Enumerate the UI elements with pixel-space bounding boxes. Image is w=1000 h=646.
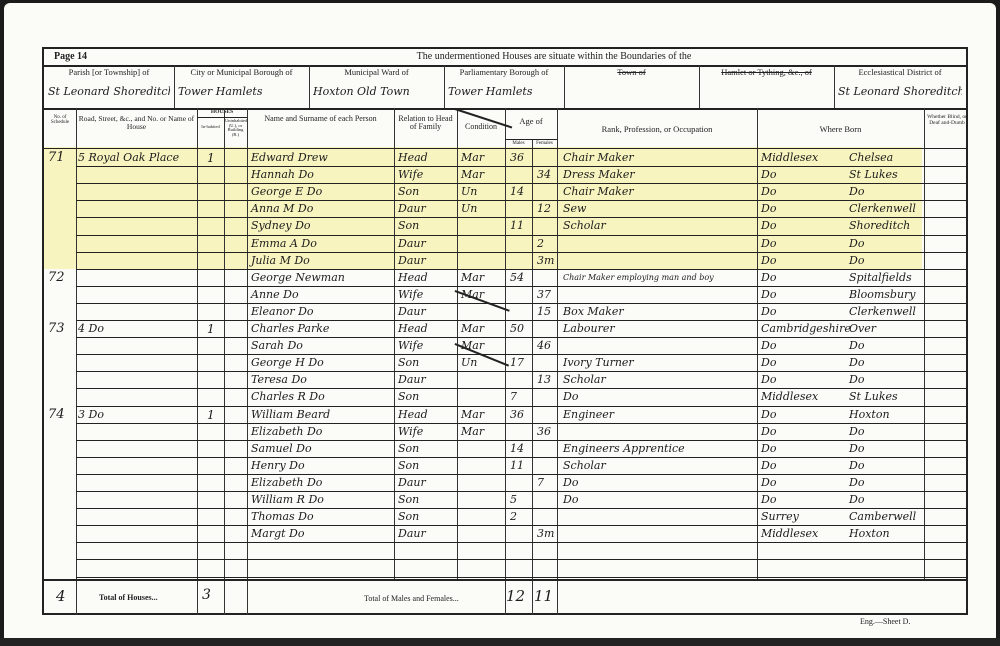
page-banner: The undermentioned Houses are situate wi… [344,52,764,63]
birth-county: Do [761,338,776,354]
female-age: 46 [537,338,551,354]
relation-to-head: Wife [398,338,423,354]
boundary-label: City or Municipal Borough of [176,68,307,77]
birth-place: Bloomsbury [849,287,916,303]
table-row: Charles R DoSon7DoMiddlesexSt Lukes [44,389,966,406]
female-age: 37 [537,287,551,303]
occupation: Scholar [563,372,606,388]
house-address: 5 Royal Oak Place [78,150,179,166]
total-females: 11 [534,587,553,605]
relation-to-head: Wife [398,424,423,440]
occupation: Do [563,389,578,405]
birth-place: St Lukes [849,167,898,183]
occupation: Chair Maker [563,150,634,166]
relation-to-head: Daur [398,201,426,217]
relation-to-head: Daur [398,304,426,320]
boundary-value: Tower Hamlets [178,85,305,98]
header-occupation: Rank, Profession, or Occupation [558,125,756,134]
female-age: 12 [537,201,551,217]
birth-county: Do [761,458,776,474]
relation-to-head: Son [398,184,419,200]
header-houses: HOUSES [197,110,247,116]
birth-county: Do [761,424,776,440]
male-age: 14 [510,184,524,200]
birth-place: Over [849,321,876,337]
birth-place: Do [849,424,864,440]
relation-to-head: Daur [398,475,426,491]
person-name: William R Do [251,492,324,508]
person-name: William Beard [251,407,330,423]
birth-county: Do [761,355,776,371]
occupation: Do [563,492,578,508]
person-name: Samuel Do [251,441,312,457]
birth-place: Do [849,253,864,269]
table-row [44,560,966,577]
total-males: 12 [506,587,525,605]
inhabited-count: 1 [207,150,215,166]
birth-place: Do [849,492,864,508]
occupation: Dress Maker [563,167,635,183]
male-age: 36 [510,150,524,166]
birth-county: Do [761,201,776,217]
birth-place: Do [849,355,864,371]
male-age: 54 [510,270,524,286]
person-name: Julia M Do [251,253,310,269]
boundary-label: Parish [or Township] of [46,68,172,77]
female-age: 2 [537,236,544,252]
birth-place: Spitalfields [849,270,912,286]
header-road: Road, Street, &c., and No. or Name of Ho… [77,115,196,131]
female-age: 15 [537,304,551,320]
birth-county: Do [761,372,776,388]
table-row: Thomas DoSon2SurreyCamberwell [44,509,966,526]
boundary-value: Tower Hamlets [448,85,560,98]
total-houses-label: Total of Houses... [99,594,158,602]
male-age: 11 [510,458,524,474]
birth-county: Do [761,304,776,320]
schedule-number: 73 [48,321,65,337]
header-males: Males [505,141,532,146]
table-row: William R DoSon5DoDoDo [44,492,966,509]
birth-county: Do [761,270,776,286]
total-houses-inhabited: 3 [202,587,211,603]
male-age: 2 [510,509,517,525]
table-row: 72George NewmanHeadMar54Chair Maker empl… [44,270,966,287]
occupation: Chair Maker [563,184,634,200]
person-name: Elizabeth Do [251,424,322,440]
relation-to-head: Son [398,458,419,474]
birth-place: Camberwell [849,509,916,525]
person-name: Sydney Do [251,218,311,234]
birth-county: Do [761,167,776,183]
sheet-footer-mark: Eng.—Sheet D. [860,618,910,626]
occupation: Engineers Apprentice [563,441,685,457]
marital-condition: Un [461,184,477,200]
occupation: Ivory Turner [563,355,634,371]
table-row: Henry DoSon11ScholarDoDo [44,458,966,475]
boundary-value: St Leonard Shoreditch [48,85,170,98]
page-number: Page 14 [54,52,87,63]
person-name: Thomas Do [251,509,314,525]
relation-to-head: Head [398,321,428,337]
birth-county: Middlesex [761,526,818,542]
person-name: Edward Drew [251,150,328,166]
female-age: 13 [537,372,551,388]
schedule-number: 71 [48,150,65,166]
person-name: George E Do [251,184,322,200]
table-row: 743 Do1William BeardHeadMar36EngineerDoH… [44,407,966,424]
table-row: Anne DoWifeMar37DoBloomsbury [44,287,966,304]
birth-county: Do [761,492,776,508]
marital-condition: Mar [461,321,484,337]
female-age: 34 [537,167,551,183]
table-row: Sarah DoWifeMar46DoDo [44,338,966,355]
male-age: 36 [510,407,524,423]
female-age: 3m [537,253,554,269]
birth-place: Clerkenwell [849,304,916,320]
page-bottom-edge [0,638,1000,646]
header-blind: Whether Blind, or Deaf and-Dumb [925,115,969,127]
female-age: 36 [537,424,551,440]
birth-county: Do [761,287,776,303]
census-form: Page 14 The undermentioned Houses are si… [42,47,968,615]
female-age: 7 [537,475,544,491]
person-name: Anne Do [251,287,299,303]
occupation: Sew [563,201,586,217]
person-name: Margt Do [251,526,304,542]
inhabited-count: 1 [207,407,215,423]
birth-county: Surrey [761,509,799,525]
person-name: Anna M Do [251,201,313,217]
birth-place: Do [849,458,864,474]
person-name: Emma A Do [251,236,317,252]
marital-condition: Mar [461,407,484,423]
relation-to-head: Son [398,218,419,234]
table-row: Anna M DoDaurUn12SewDoClerkenwell [44,201,966,218]
header-inhabited: In-habited [198,125,223,130]
header-females: Females [532,141,557,146]
birth-county: Do [761,475,776,491]
marital-condition: Mar [461,150,484,166]
person-name: Eleanor Do [251,304,314,320]
birth-place: Do [849,236,864,252]
birth-county: Do [761,441,776,457]
relation-to-head: Head [398,150,428,166]
relation-to-head: Son [398,355,419,371]
table-row: Teresa DoDaur13ScholarDoDo [44,372,966,389]
relation-to-head: Daur [398,526,426,542]
marital-condition: Un [461,201,477,217]
table-row: Margt DoDaur3mMiddlesexHoxton [44,526,966,543]
birth-place: Shoreditch [849,218,910,234]
male-age: 11 [510,218,524,234]
occupation: Scholar [563,218,606,234]
birth-place: Do [849,372,864,388]
male-age: 17 [510,355,524,371]
boundary-label: Hamlet or Tything, &c., of [701,68,832,77]
occupation: Scholar [563,458,606,474]
person-name: Teresa Do [251,372,307,388]
table-row: Elizabeth DoDaur7DoDoDo [44,475,966,492]
table-row: 734 Do1Charles ParkeHeadMar50LabourerCam… [44,321,966,338]
table-row: 715 Royal Oak Place1Edward DrewHeadMar36… [44,150,966,167]
person-name: Charles R Do [251,389,325,405]
house-address: 3 Do [78,407,104,423]
birth-place: Do [849,338,864,354]
relation-to-head: Daur [398,372,426,388]
table-row [44,543,966,560]
birth-place: Hoxton [849,407,890,423]
birth-place: Chelsea [849,150,893,166]
birth-county: Middlesex [761,389,818,405]
person-name: George Newman [251,270,345,286]
header-uninhabited: Uninhabited (U.), or Building (B.) [225,119,246,138]
person-name: Henry Do [251,458,305,474]
birth-place: Do [849,475,864,491]
table-row: Eleanor DoDaur15Box MakerDoClerkenwell [44,304,966,321]
marital-condition: Un [461,355,477,371]
birth-county: Do [761,184,776,200]
person-name: Elizabeth Do [251,475,322,491]
birth-county: Do [761,253,776,269]
relation-to-head: Head [398,270,428,286]
inhabited-count: 1 [207,321,215,337]
total-persons-label: Total of Males and Females... [364,595,459,603]
occupation: Chair Maker employing man and boy [563,270,714,286]
birth-county: Middlesex [761,150,818,166]
boundary-label: Parliamentary Borough of [446,68,562,77]
table-row: Samuel DoSon14Engineers ApprenticeDoDo [44,441,966,458]
birth-place: Clerkenwell [849,201,916,217]
house-address: 4 Do [78,321,104,337]
boundary-label: Municipal Ward of [311,68,442,77]
table-row: Elizabeth DoWifeMar36DoDo [44,424,966,441]
occupation: Labourer [563,321,615,337]
relation-to-head: Son [398,509,419,525]
birth-place: Hoxton [849,526,890,542]
relation-to-head: Daur [398,236,426,252]
header-name: Name and Surname of each Person [248,115,393,123]
relation-to-head: Wife [398,287,423,303]
birth-place: Do [849,441,864,457]
table-row: Sydney DoSon11ScholarDoShoreditch [44,218,966,235]
male-age: 50 [510,321,524,337]
marital-condition: Mar [461,167,484,183]
birth-place: Do [849,184,864,200]
table-row: Hannah DoWifeMar34Dress MakerDoSt Lukes [44,167,966,184]
relation-to-head: Head [398,407,428,423]
marital-condition: Mar [461,270,484,286]
table-row: Julia M DoDaur3mDoDo [44,253,966,270]
boundary-label: Ecclesiastical District of [836,68,964,77]
header-relation: Relation to Head of Family [395,115,456,132]
female-age: 3m [537,526,554,542]
male-age: 5 [510,492,517,508]
person-name: Sarah Do [251,338,303,354]
relation-to-head: Son [398,492,419,508]
occupation: Box Maker [563,304,624,320]
male-age: 14 [510,441,524,457]
birth-county: Do [761,218,776,234]
relation-to-head: Son [398,441,419,457]
person-name: Charles Parke [251,321,329,337]
header-age: Age of [505,117,557,126]
person-name: Hannah Do [251,167,314,183]
person-name: George H Do [251,355,324,371]
boundary-label: Town of [566,68,697,77]
birth-county: Do [761,407,776,423]
header-born: Where Born [758,125,923,134]
birth-place: St Lukes [849,389,898,405]
boundary-value: Hoxton Old Town [313,85,440,98]
table-row: George E DoSonUn14Chair MakerDoDo [44,184,966,201]
male-age: 7 [510,389,517,405]
occupation: Engineer [563,407,614,423]
schedule-number: 72 [48,270,65,286]
relation-to-head: Son [398,389,419,405]
birth-county: Cambridgeshire [761,321,851,337]
header-schedule: No. of Schedule [45,115,75,126]
relation-to-head: Wife [398,167,423,183]
relation-to-head: Daur [398,253,426,269]
occupation: Do [563,475,578,491]
boundary-value: St Leonard Shoreditch / St John the Bapt… [838,85,962,98]
birth-county: Do [761,236,776,252]
table-row: Emma A DoDaur2DoDo [44,236,966,253]
schedule-number: 74 [48,407,65,423]
marital-condition: Mar [461,424,484,440]
total-schedules: 4 [56,587,66,605]
header-condition: Condition [458,123,504,131]
